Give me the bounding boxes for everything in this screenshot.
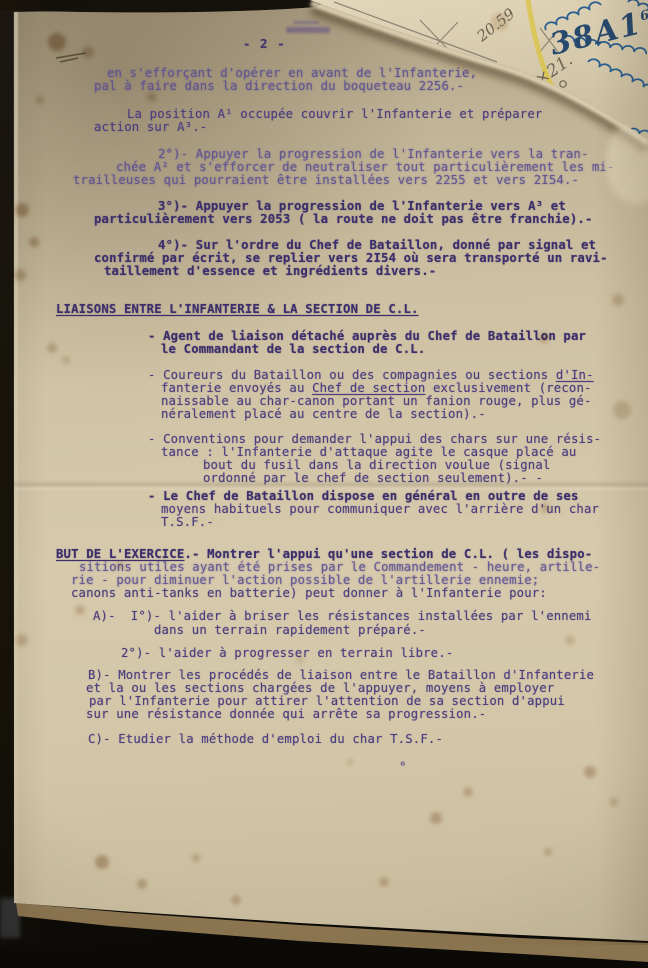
fold-crease [14, 480, 648, 492]
photo-of-document: - 2 - en s'efforçant d'opérer en avant d… [0, 0, 648, 968]
pencil-scribble [56, 53, 86, 62]
